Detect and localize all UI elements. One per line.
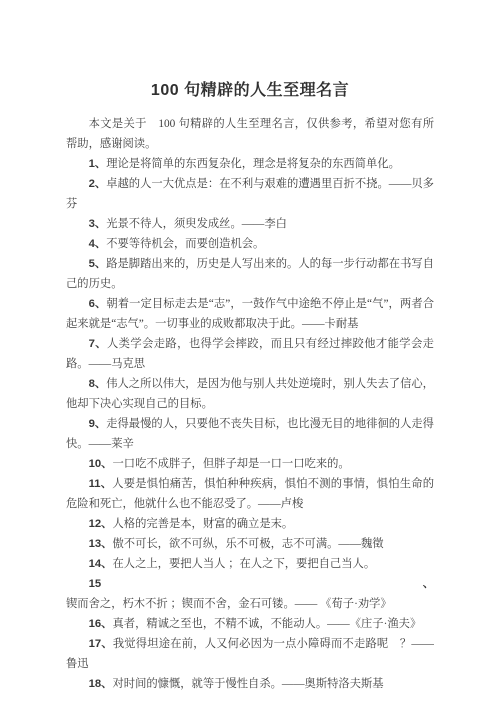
quote-number: 16、 — [89, 618, 113, 630]
quote-text: 朝着一定目标走去是“志”，一鼓作气中途绝不停止是“气”，两者合起来就是“志气”。… — [66, 298, 434, 330]
quote-number: 2、 — [89, 178, 107, 190]
quote-item: 15、锲而舍之，朽木不折 ；锲而不舍，金石可镂。—— 《荀子·劝学》 — [66, 574, 434, 614]
quote-item: 7、人类学会走路，也得学会摔跤，而且只有经过摔跤他才能学会走路。——马克思 — [66, 334, 434, 374]
quote-number: 12、 — [89, 518, 113, 530]
quote-number: 6、 — [89, 298, 107, 310]
quote-text: 我觉得坦途在前，人又何必因为一点小障碍而不走路呢 ？——鲁迅 — [66, 638, 434, 670]
quote-item: 17、我觉得坦途在前，人又何必因为一点小障碍而不走路呢 ？——鲁迅 — [66, 634, 434, 674]
document-page: 100 句精辟的人生至理名言 本文是关于 100 句精辟的人生至理名言，仅供参考… — [0, 0, 500, 707]
quote-text: 走得最慢的人，只要他不丧失目标，也比漫无目的地徘徊的人走得快。——莱辛 — [66, 418, 434, 450]
quote-item: 14、在人之上，要把人当人 ；在人之下，要把自己当人。 — [66, 554, 434, 574]
quote-item: 6、朝着一定目标走去是“志”，一鼓作气中途绝不停止是“气”，两者合起来就是“志气… — [66, 294, 434, 334]
quote-number: 7、 — [89, 338, 107, 350]
quote-number: 17、 — [89, 638, 113, 650]
quote-text: 路是脚踏出来的，历史是人写出来的。人的每一步行动都在书写自己的历史。 — [66, 258, 434, 290]
quote-item: 10、一口吃不成胖子，但胖子却是一口一口吃来的。 — [66, 454, 434, 474]
quote-item: 9、走得最慢的人，只要他不丧失目标，也比漫无目的地徘徊的人走得快。——莱辛 — [66, 414, 434, 454]
quote-number: 18、 — [89, 678, 113, 690]
quote-item: 16、真者，精诚之至也，不精不诚，不能动人。——《庄子·渔夫》 — [66, 614, 434, 634]
quote-text: 人格的完善是本，财富的确立是末。 — [112, 518, 293, 530]
intro-paragraph: 本文是关于 100 句精辟的人生至理名言，仅供参考，希望对您有所帮助，感谢阅读。 — [66, 114, 434, 154]
quote-number: 3、 — [89, 218, 107, 230]
quote-text: 光景不待人，须臾发成丝。——李白 — [106, 218, 287, 230]
quote-number: 9、 — [89, 418, 107, 430]
quote-number: 1、 — [89, 158, 107, 170]
quote-item: 3、光景不待人，须臾发成丝。——李白 — [66, 214, 434, 234]
quote-number: 11、 — [89, 478, 113, 490]
quote-number: 8、 — [89, 378, 107, 390]
quote-number: 15、 — [89, 578, 434, 590]
quote-number: 13、 — [89, 538, 113, 550]
quote-text: 在人之上，要把人当人 ；在人之下，要把自己当人。 — [112, 558, 375, 570]
quote-item: 4、不要等待机会，而要创造机会。 — [66, 234, 434, 254]
quote-number: 10、 — [89, 458, 113, 470]
quote-text: 锲而舍之，朽木不折 ；锲而不舍，金石可镂。—— 《荀子·劝学》 — [66, 598, 392, 610]
quote-text: 对时间的慷慨，就等于慢性自杀。——奥斯特洛夫斯基 — [112, 678, 383, 690]
quote-item: 2、卓越的人一大优点是：在不利与艰难的遭遇里百折不挠。——贝多芬 — [66, 174, 434, 214]
quote-text: 傲不可长，欲不可纵，乐不可极，志不可满。——魏徵 — [112, 538, 383, 550]
quote-item: 12、人格的完善是本，财富的确立是末。 — [66, 514, 434, 534]
quote-text: 一口吃不成胖子，但胖子却是一口一口吃来的。 — [112, 458, 349, 470]
quote-item: 13、傲不可长，欲不可纵，乐不可极，志不可满。——魏徵 — [66, 534, 434, 554]
quote-item: 11、人要是惧怕痛苦，惧怕种种疾病，惧怕不测的事情，惧怕生命的危险和死亡，他就什… — [66, 474, 434, 514]
document-title: 100 句精辟的人生至理名言 — [66, 80, 434, 102]
quote-item: 5、路是脚踏出来的，历史是人写出来的。人的每一步行动都在书写自己的历史。 — [66, 254, 434, 294]
quote-text: 真者，精诚之至也，不精不诚，不能动人。——《庄子·渔夫》 — [112, 618, 421, 630]
quote-text: 不要等待机会，而要创造机会。 — [106, 238, 264, 250]
quote-number: 14、 — [89, 558, 113, 570]
quote-text: 人类学会走路，也得学会摔跤，而且只有经过摔跤他才能学会走路。——马克思 — [66, 338, 434, 370]
quote-item: 8、伟人之所以伟大，是因为他与别人共处逆境时，别人失去了信心，他却下决心实现自己… — [66, 374, 434, 414]
quote-text: 伟人之所以伟大，是因为他与别人共处逆境时，别人失去了信心，他却下决心实现自己的目… — [66, 378, 434, 410]
quote-text: 理论是将简单的东西复杂化，理念是将复杂的东西简单化。 — [106, 158, 400, 170]
quote-number: 5、 — [89, 258, 107, 270]
quote-text: 人要是惧怕痛苦，惧怕种种疾病，惧怕不测的事情，惧怕生命的危险和死亡，他就什么也不… — [66, 478, 434, 510]
quote-text: 卓越的人一大优点是：在不利与艰难的遭遇里百折不挠。——贝多芬 — [66, 178, 434, 210]
quote-number: 4、 — [89, 238, 107, 250]
quote-item: 18、对时间的慷慨，就等于慢性自杀。——奥斯特洛夫斯基 — [66, 674, 434, 694]
quote-item: 1、理论是将简单的东西复杂化，理念是将复杂的东西简单化。 — [66, 154, 434, 174]
